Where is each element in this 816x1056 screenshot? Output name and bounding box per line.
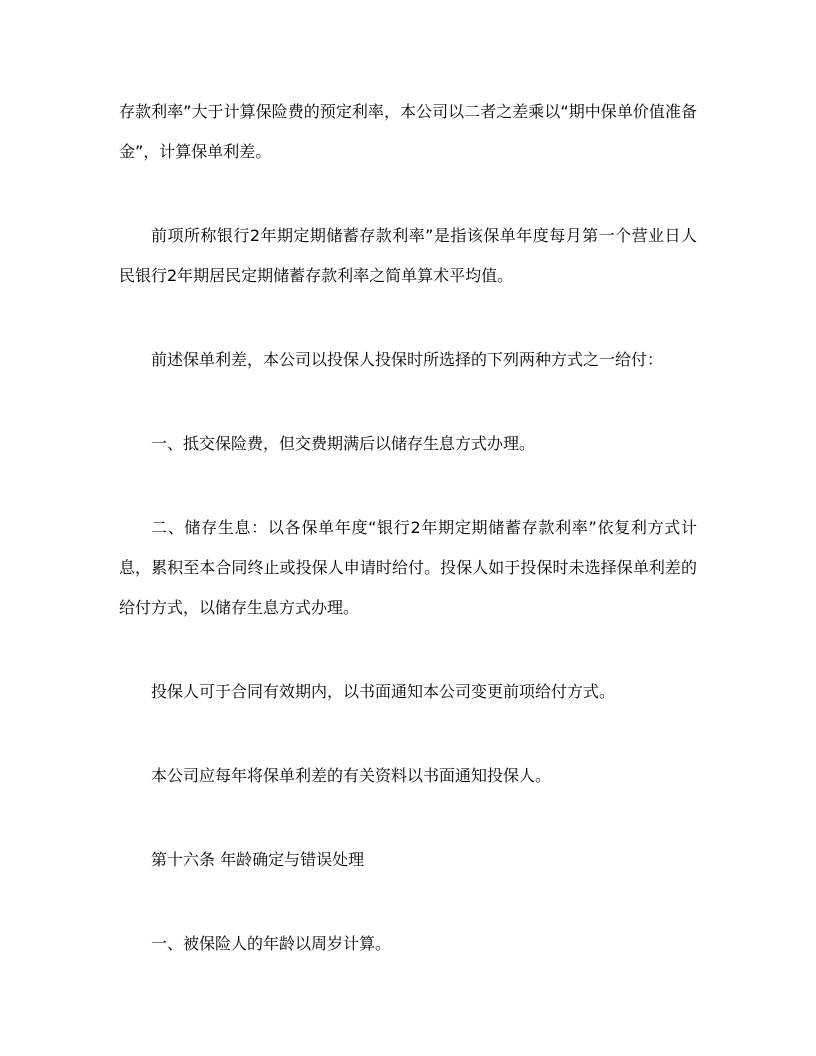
- paragraph: 前项所称银行2年期定期储蓄存款利率”是指该保单年度每月第一个营业日人民银行2年期…: [119, 216, 697, 296]
- paragraph: 一、抵交保险费，但交费期满后以储存生息方式办理。: [119, 424, 697, 464]
- paragraph: 存款利率”大于计算保险费的预定利率，本公司以二者之差乘以“期中保单价值准备金”，…: [119, 92, 697, 172]
- paragraph: 本公司应每年将保单利差的有关资料以书面通知投保人。: [119, 756, 697, 796]
- paragraph: 投保人可于合同有效期内，以书面通知本公司变更前项给付方式。: [119, 672, 697, 712]
- paragraph: 一、被保险人的年龄以周岁计算。: [119, 924, 697, 964]
- paragraph: 第十六条 年龄确定与错误处理: [119, 840, 697, 880]
- document-body: 存款利率”大于计算保险费的预定利率，本公司以二者之差乘以“期中保单价值准备金”，…: [119, 92, 697, 964]
- document-page: 存款利率”大于计算保险费的预定利率，本公司以二者之差乘以“期中保单价值准备金”，…: [0, 0, 816, 1056]
- paragraph: 前述保单利差，本公司以投保人投保时所选择的下列两种方式之一给付：: [119, 340, 697, 380]
- paragraph: 二、储存生息：以各保单年度“银行2年期定期储蓄存款利率”依复利方式计息，累积至本…: [119, 508, 697, 628]
